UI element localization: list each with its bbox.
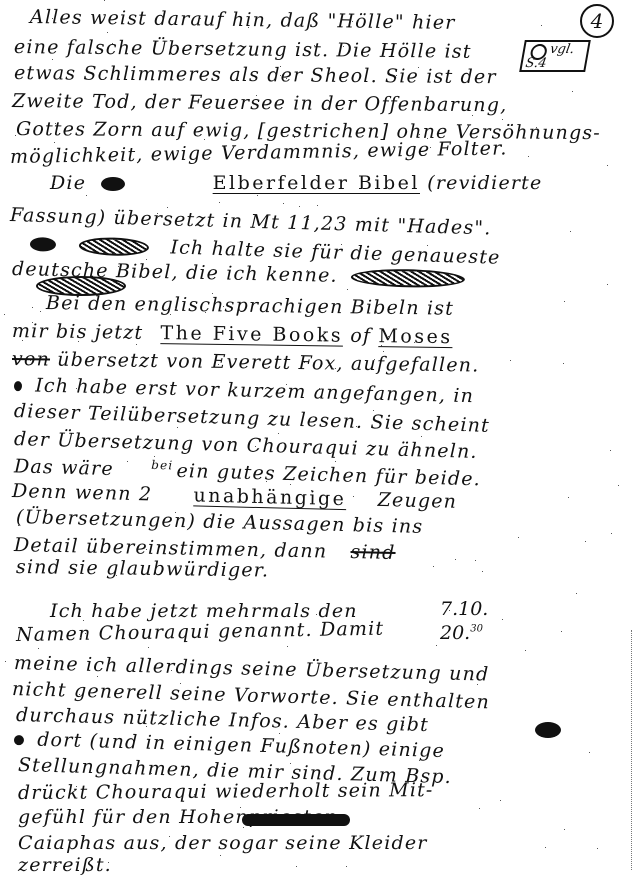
scan-speck xyxy=(279,330,280,331)
scan-speck xyxy=(319,388,320,389)
scan-speck xyxy=(40,311,41,312)
scan-speck xyxy=(482,571,483,572)
scan-speck xyxy=(175,308,176,309)
scan-speck xyxy=(308,219,309,220)
scan-speck xyxy=(146,549,147,550)
scan-speck xyxy=(86,195,87,196)
scan-speck xyxy=(421,436,422,437)
scan-speck xyxy=(154,456,155,457)
struck-word: von xyxy=(12,348,50,371)
scan-speck xyxy=(374,844,375,845)
scan-speck xyxy=(436,645,437,646)
handwritten-line: drückt Chouraqui wiederholt sein Mit- xyxy=(18,779,434,804)
scan-speck xyxy=(80,637,81,638)
handwritten-line: möglichkeit, ewige Verdammnis, ewige Fol… xyxy=(10,137,508,168)
scan-speck xyxy=(148,647,149,648)
scan-speck xyxy=(218,364,219,365)
scan-speck xyxy=(427,138,428,139)
time-note: 20.30 xyxy=(440,622,483,644)
scan-speck xyxy=(479,808,480,809)
scan-speck xyxy=(477,684,478,685)
scan-speck xyxy=(280,66,281,67)
scan-speck xyxy=(210,24,211,25)
scan-speck xyxy=(118,266,119,267)
scribbled-out-word xyxy=(242,814,350,826)
line-text: Die xyxy=(50,172,86,194)
scan-speck xyxy=(570,231,571,232)
line-text: Denn wenn 2 xyxy=(12,480,153,505)
scan-speck xyxy=(127,461,128,462)
underlined-title: The Five Books xyxy=(160,322,343,347)
scan-speck xyxy=(136,344,137,345)
scan-speck xyxy=(170,314,171,315)
scan-speck xyxy=(83,620,84,621)
scan-speck xyxy=(372,385,373,386)
scan-speck xyxy=(15,135,16,136)
scan-speck xyxy=(568,497,569,498)
scan-speck xyxy=(157,213,158,214)
scan-speck xyxy=(104,0,105,1)
scribbled-out-word xyxy=(535,722,561,738)
scan-speck xyxy=(85,633,86,634)
scan-speck xyxy=(341,244,342,245)
scan-speck xyxy=(171,670,172,671)
handwritten-line: zerreißt. xyxy=(18,854,112,876)
scan-speck xyxy=(223,306,224,307)
scan-speck xyxy=(564,301,565,302)
scan-speck xyxy=(335,368,336,369)
scan-speck xyxy=(97,676,98,677)
underlined-title: Moses xyxy=(378,325,452,348)
scan-speck xyxy=(347,289,348,290)
scan-speck xyxy=(291,846,292,847)
scan-speck xyxy=(79,694,80,695)
time-minutes: 30 xyxy=(470,624,483,635)
handwritten-line: eine falsche Übersetzung ist. Die Hölle … xyxy=(14,36,472,63)
scan-speck xyxy=(353,496,354,497)
scan-speck xyxy=(585,541,586,542)
scan-speck xyxy=(55,123,56,124)
scan-speck xyxy=(528,156,529,157)
handwritten-line: etwas Schlimmeres als der Sheol. Sie ist… xyxy=(14,62,497,88)
scan-speck xyxy=(169,836,170,837)
scan-speck xyxy=(240,807,241,808)
scan-speck xyxy=(610,450,611,451)
scan-speck xyxy=(287,646,288,647)
scan-speck xyxy=(545,847,546,848)
scan-speck xyxy=(56,866,57,867)
scan-speck xyxy=(243,827,244,828)
handwritten-line: mir bis jetzt The Five Books of Moses xyxy=(12,320,453,348)
struck-word: sind xyxy=(350,541,395,564)
page-number: 4 xyxy=(580,4,614,38)
scan-speck xyxy=(317,205,318,206)
date-note: 7.10. xyxy=(440,598,488,620)
scan-speck xyxy=(607,165,608,166)
scan-speck xyxy=(146,259,147,260)
scan-speck xyxy=(175,512,176,513)
line-text: of xyxy=(350,325,371,347)
line-text: Das wäre xyxy=(14,455,114,480)
scan-speck xyxy=(54,184,55,185)
line-text: übersetzt von Everett Fox, aufgefallen. xyxy=(57,349,479,377)
scan-speck xyxy=(204,139,205,140)
scan-speck xyxy=(108,862,109,863)
inserted-word: bei xyxy=(151,458,174,473)
scan-speck xyxy=(107,32,108,33)
scan-speck xyxy=(419,760,420,761)
scan-speck xyxy=(4,314,5,315)
scan-speck xyxy=(419,134,420,135)
scan-speck xyxy=(286,755,287,756)
scan-speck xyxy=(248,27,249,28)
scan-speck xyxy=(430,147,431,148)
scan-speck xyxy=(465,430,466,431)
scan-speck xyxy=(54,142,55,143)
ink-blot xyxy=(14,381,22,391)
scan-speck xyxy=(536,127,537,128)
circled-out-word xyxy=(351,268,465,288)
scan-speck xyxy=(418,67,419,68)
scan-speck xyxy=(502,119,503,120)
scan-speck xyxy=(576,593,577,594)
scan-speck xyxy=(388,336,389,337)
scan-speck xyxy=(22,340,23,341)
scan-speck xyxy=(572,91,573,92)
scan-speck xyxy=(373,410,374,411)
scan-speck xyxy=(299,206,300,207)
scan-speck xyxy=(383,351,384,352)
scan-speck xyxy=(281,443,282,444)
scan-speck xyxy=(151,773,152,774)
scan-speck xyxy=(564,829,565,830)
margin-reference-box: vgl. S.4 xyxy=(519,40,591,72)
scan-edge-dots xyxy=(630,630,632,870)
scan-speck xyxy=(146,726,147,727)
scan-speck xyxy=(290,763,291,764)
scan-speck xyxy=(38,648,39,649)
scan-speck xyxy=(167,207,168,208)
ink-blot xyxy=(14,735,24,745)
scan-speck xyxy=(294,137,295,138)
underlined-emphasis: unabhängige xyxy=(193,484,346,510)
scan-speck xyxy=(78,341,79,342)
scan-speck xyxy=(525,650,526,651)
line-text: (revidierte xyxy=(427,172,542,194)
scan-speck xyxy=(286,384,287,385)
scan-speck xyxy=(314,45,315,46)
scan-speck xyxy=(280,75,281,76)
scan-speck xyxy=(472,115,473,116)
scan-speck xyxy=(50,810,51,811)
scan-speck xyxy=(343,792,344,793)
scan-speck xyxy=(290,484,291,485)
scan-speck xyxy=(352,21,353,22)
scan-speck xyxy=(597,848,598,849)
scan-speck xyxy=(374,359,375,360)
scan-speck xyxy=(311,490,312,491)
scan-speck xyxy=(502,619,503,620)
scan-speck xyxy=(500,800,501,801)
scan-speck xyxy=(335,461,336,462)
scan-speck xyxy=(589,752,590,753)
scan-speck xyxy=(286,78,287,79)
scan-speck xyxy=(607,284,608,285)
scan-speck xyxy=(278,433,279,434)
scan-speck xyxy=(611,533,612,534)
scan-speck xyxy=(362,188,363,189)
scan-speck xyxy=(112,43,113,44)
scan-speck xyxy=(205,312,206,313)
scan-speck xyxy=(212,293,213,294)
circled-out-word xyxy=(79,237,150,257)
scan-speck xyxy=(76,786,77,787)
scan-speck xyxy=(255,446,256,447)
scan-speck xyxy=(5,661,6,662)
scan-speck xyxy=(52,59,53,60)
scan-speck xyxy=(49,770,50,771)
scan-speck xyxy=(220,855,221,856)
scan-speck xyxy=(307,270,308,271)
handwritten-line: sind sie glaubwürdiger. xyxy=(16,556,270,582)
scan-speck xyxy=(518,537,519,538)
handwritten-line: Bei den englischsprachigen Bibeln ist xyxy=(46,292,454,320)
scan-speck xyxy=(304,362,305,363)
scan-speck xyxy=(52,18,53,19)
scan-speck xyxy=(475,560,476,561)
time-hour: 20. xyxy=(440,622,470,644)
scan-speck xyxy=(194,794,195,795)
underlined-title: Elberfelder Bibel xyxy=(213,172,420,194)
scan-speck xyxy=(618,485,619,486)
scan-speck xyxy=(381,345,382,346)
scribbled-out-word xyxy=(30,237,56,252)
scan-speck xyxy=(76,388,77,389)
handwritten-line: Caiaphas aus, der sogar seine Kleider xyxy=(18,832,428,854)
scan-speck xyxy=(449,610,450,611)
handwritten-line: von übersetzt von Everett Fox, aufgefall… xyxy=(12,348,480,377)
handwritten-line: Die Elberfelder Bibel (revidierte xyxy=(50,172,542,194)
scan-speck xyxy=(257,195,258,196)
scan-speck xyxy=(73,213,74,214)
scan-speck xyxy=(279,733,280,734)
scan-speck xyxy=(219,202,220,203)
scan-speck xyxy=(116,575,117,576)
scan-speck xyxy=(510,360,511,361)
scan-speck xyxy=(214,813,215,814)
scan-speck xyxy=(32,322,33,323)
scan-speck xyxy=(180,683,181,684)
scan-speck xyxy=(414,342,415,343)
scan-speck xyxy=(30,360,31,361)
scan-speck xyxy=(316,614,317,615)
scan-speck xyxy=(18,525,19,526)
scan-speck xyxy=(427,245,428,246)
scan-speck xyxy=(296,866,297,867)
scan-speck xyxy=(563,363,564,364)
scan-speck xyxy=(343,46,344,47)
scan-speck xyxy=(396,75,397,76)
scan-speck xyxy=(177,427,178,428)
handwritten-line: Alles weist darauf hin, daß "Hölle" hier xyxy=(30,6,456,34)
scan-speck xyxy=(283,203,284,204)
scan-speck xyxy=(455,559,456,560)
handwritten-line: Zweite Tod, der Feuersee in der Offenbar… xyxy=(12,90,508,116)
handwritten-line: (Übersetzungen) die Aussagen bis ins xyxy=(16,506,424,538)
scan-speck xyxy=(346,866,347,867)
scan-speck xyxy=(266,481,267,482)
line-text: Zeugen xyxy=(377,489,457,513)
scan-speck xyxy=(403,725,404,726)
scan-speck xyxy=(32,307,33,308)
scribbled-out-word xyxy=(101,177,125,191)
scan-speck xyxy=(256,95,257,96)
scan-speck xyxy=(200,18,201,19)
scan-speck xyxy=(341,726,342,727)
scan-speck xyxy=(541,25,542,26)
scan-speck xyxy=(433,566,434,567)
scanned-handwritten-page: 4 vgl. S.4 Alles weist darauf hin, daß "… xyxy=(0,0,638,877)
scan-speck xyxy=(356,426,357,427)
scan-speck xyxy=(561,631,562,632)
